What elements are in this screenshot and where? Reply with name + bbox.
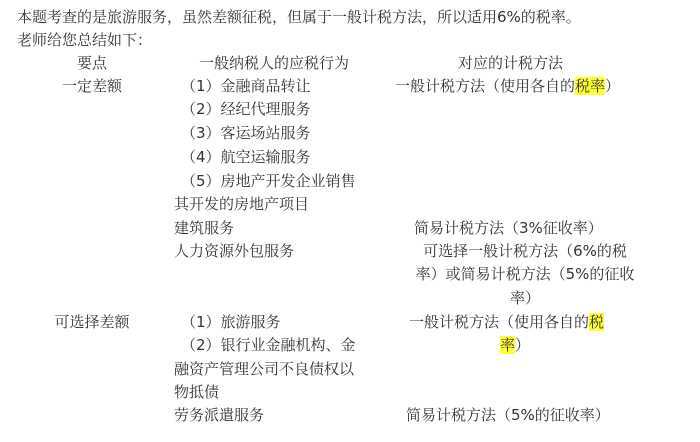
highlight: 率 bbox=[500, 336, 515, 354]
method: 一般计税方法（使用各自的税率） bbox=[395, 75, 620, 97]
behavior: （2）银行业金融机构、金 bbox=[181, 334, 356, 356]
behavior: 其开发的房地产项目 bbox=[174, 193, 309, 215]
method-text: ） bbox=[605, 77, 620, 95]
method-text: 一般计税方法（使用各自的 bbox=[395, 77, 575, 95]
method: 简易计税方法（5%的征收率） bbox=[406, 404, 610, 426]
behavior: 劳务派遣服务 bbox=[174, 404, 264, 426]
method: 一般计税方法（使用各自的税 bbox=[409, 311, 604, 333]
behavior: 人力资源外包服务 bbox=[174, 240, 294, 262]
header-key: 要点 bbox=[17, 52, 167, 74]
header-method: 对应的计税方法 bbox=[458, 52, 563, 74]
key-fixed-diff: 一定差额 bbox=[17, 75, 167, 97]
method: 率） bbox=[500, 334, 530, 356]
method: 率） bbox=[390, 287, 660, 309]
method-text: 一般计税方法（使用各自的 bbox=[409, 313, 589, 331]
highlight: 税 bbox=[589, 313, 604, 331]
key-optional-diff: 可选择差额 bbox=[17, 311, 167, 333]
intro-line-1: 本题考查的是旅游服务，虽然差额征税，但属于一般计税方法，所以适用6%的税率。 bbox=[17, 6, 581, 28]
header-behavior: 一般纳税人的应税行为 bbox=[199, 52, 349, 74]
method: 可选择一般计税方法（6%的税 bbox=[390, 240, 660, 262]
behavior: （3）客运场站服务 bbox=[181, 122, 311, 144]
behavior: （5）房地产开发企业销售 bbox=[181, 170, 356, 192]
method: 率）或简易计税方法（5%的征收 bbox=[390, 263, 660, 285]
method: 简易计税方法（3%征收率） bbox=[414, 217, 603, 239]
behavior: 融资产管理公司不良债权以 bbox=[174, 358, 354, 380]
method-text: ） bbox=[515, 336, 530, 354]
behavior: （4）航空运输服务 bbox=[181, 146, 311, 168]
behavior: （1）金融商品转让 bbox=[181, 75, 311, 97]
highlight: 税率 bbox=[575, 77, 605, 95]
behavior: 建筑服务 bbox=[174, 217, 234, 239]
behavior: （1）旅游服务 bbox=[181, 311, 281, 333]
behavior: （2）经纪代理服务 bbox=[181, 98, 311, 120]
intro-line-2: 老师给您总结如下： bbox=[17, 29, 152, 51]
behavior: 物抵债 bbox=[174, 381, 219, 403]
